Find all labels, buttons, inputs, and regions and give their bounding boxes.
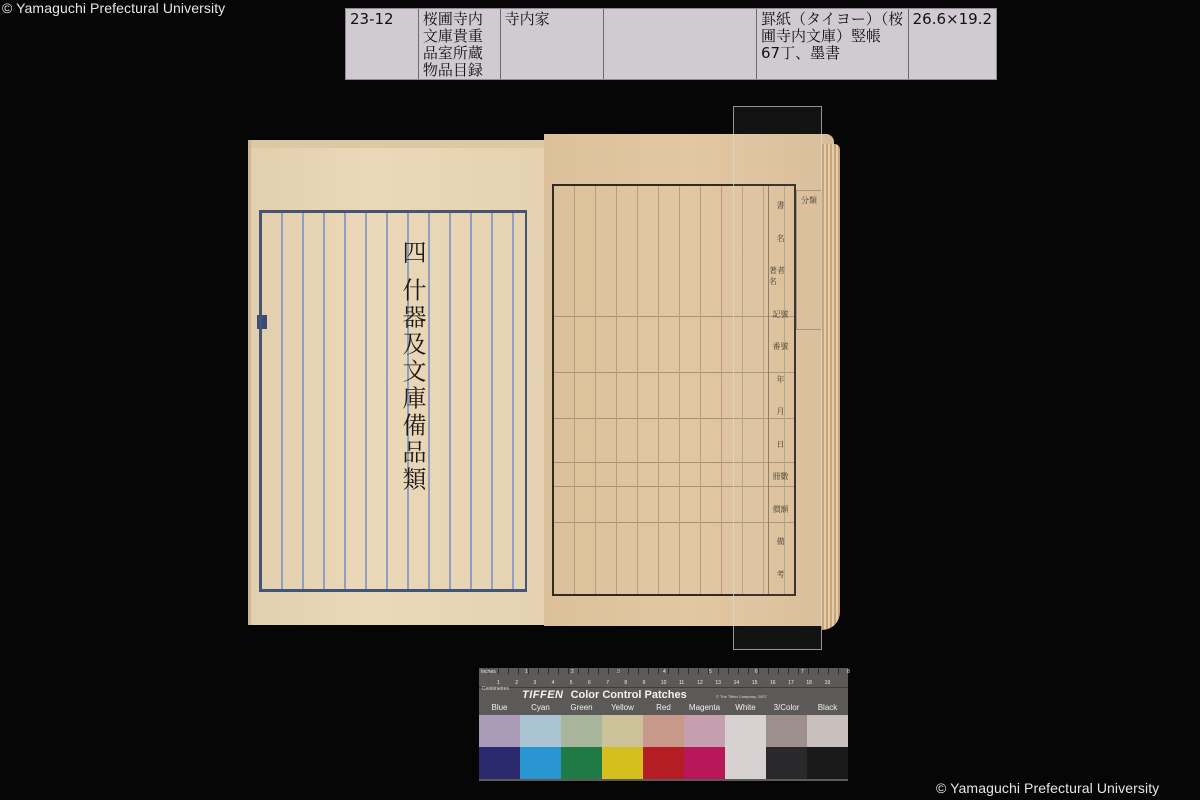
inch-tick: 5 bbox=[709, 669, 712, 675]
patch-dark bbox=[479, 747, 520, 779]
cm-tick: 12 bbox=[697, 680, 703, 686]
patch-light bbox=[520, 715, 561, 747]
patch-label-yellow: Yellow bbox=[602, 703, 643, 712]
patch-dark bbox=[520, 747, 561, 779]
cm-tick: 5 bbox=[570, 680, 573, 686]
patch-label-red: Red bbox=[643, 703, 684, 712]
inch-tick: 3 bbox=[617, 669, 620, 675]
catalog-title: 桜圃寺内 文庫貴重 品室所蔵 物品目録 bbox=[419, 9, 501, 79]
patch-yellow bbox=[602, 715, 643, 779]
color-control-card: Inches 123456781234567891011121314151617… bbox=[479, 668, 848, 781]
card-title: TIFFEN Color Control Patches bbox=[522, 689, 687, 701]
patch-dark bbox=[561, 747, 602, 779]
patch-3color bbox=[766, 715, 807, 779]
inch-tick: 1 bbox=[525, 669, 528, 675]
cm-tick: 7 bbox=[606, 680, 609, 686]
patch-label-3color: 3/Color bbox=[766, 703, 807, 712]
patch-dark bbox=[766, 747, 807, 779]
patch-label-blue: Blue bbox=[479, 703, 520, 712]
ruler: Inches 123456781234567891011121314151617… bbox=[479, 668, 848, 688]
catalog-blank bbox=[604, 9, 757, 79]
cm-tick: 15 bbox=[752, 680, 758, 686]
patch-label-cyan: Cyan bbox=[520, 703, 561, 712]
patch-light bbox=[725, 715, 766, 779]
catalog-dimensions: 26.6×19.2 bbox=[909, 9, 996, 79]
patch-blue bbox=[479, 715, 520, 779]
cm-tick: 2 bbox=[515, 680, 518, 686]
patch-label-green: Green bbox=[561, 703, 602, 712]
patch-dark bbox=[602, 747, 643, 779]
patch-light bbox=[684, 715, 725, 747]
cm-tick: 4 bbox=[552, 680, 555, 686]
patch-light bbox=[561, 715, 602, 747]
ruler-inches-label: Inches bbox=[481, 669, 496, 675]
inch-tick: 4 bbox=[663, 669, 666, 675]
patch-dark bbox=[643, 747, 684, 779]
patch-dark bbox=[807, 747, 848, 779]
card-title-text: Color Control Patches bbox=[571, 689, 687, 701]
color-patches bbox=[479, 715, 848, 779]
catalog-id: 23-12 bbox=[346, 9, 419, 79]
patch-black bbox=[807, 715, 848, 779]
patch-light bbox=[479, 715, 520, 747]
catalog-description: 罫紙（タイヨー）（桜 圃寺内文庫）竪帳 67丁、墨書 bbox=[757, 9, 909, 79]
card-copyright: © The Tiffen Company, 2007 bbox=[716, 694, 767, 699]
left-page: 四 什器及文庫備品類 bbox=[248, 140, 544, 625]
catalog-label: 23-12 桜圃寺内 文庫貴重 品室所蔵 物品目録 寺内家 罫紙（タイヨー）（桜… bbox=[345, 8, 997, 80]
patch-dark bbox=[684, 747, 725, 779]
copyright-top-left: © Yamaguchi Prefectural University bbox=[2, 0, 225, 16]
cm-tick: 11 bbox=[679, 680, 684, 686]
patch-red bbox=[643, 715, 684, 779]
inch-tick: 7 bbox=[801, 669, 804, 675]
cm-tick: 16 bbox=[770, 680, 776, 686]
patch-green bbox=[561, 715, 602, 779]
inch-tick: 2 bbox=[571, 669, 574, 675]
cm-tick: 17 bbox=[788, 680, 794, 686]
cm-tick: 19 bbox=[825, 680, 831, 686]
cm-tick: 9 bbox=[643, 680, 646, 686]
cm-tick: 6 bbox=[588, 680, 591, 686]
patch-label-magenta: Magenta bbox=[684, 703, 725, 712]
clear-weight-strip bbox=[733, 106, 822, 650]
patch-light bbox=[807, 715, 848, 747]
catalog-creator: 寺内家 bbox=[501, 9, 605, 79]
patch-light bbox=[766, 715, 807, 747]
cm-tick: 18 bbox=[806, 680, 812, 686]
inch-tick: 6 bbox=[755, 669, 758, 675]
cm-tick: 13 bbox=[715, 680, 721, 686]
page-edges bbox=[822, 144, 840, 630]
patch-cyan bbox=[520, 715, 561, 779]
patch-magenta bbox=[684, 715, 725, 779]
cm-tick: 3 bbox=[533, 680, 536, 686]
handwritten-title: 四 什器及文庫備品類 bbox=[397, 240, 427, 494]
patch-light bbox=[602, 715, 643, 747]
copyright-bottom-right: © Yamaguchi Prefectural University bbox=[936, 780, 1159, 796]
tiffen-logo: TIFFEN bbox=[522, 689, 564, 701]
patch-label-black: Black bbox=[807, 703, 848, 712]
patch-label-white: White bbox=[725, 703, 766, 712]
cm-tick: 10 bbox=[661, 680, 667, 686]
ruler-cm-label: Centimetres bbox=[482, 686, 509, 692]
patch-labels: Blue Cyan Green Yellow Red Magenta White… bbox=[479, 703, 848, 712]
ruled-frame bbox=[259, 210, 527, 592]
patch-white bbox=[725, 715, 766, 779]
cm-tick: 8 bbox=[624, 680, 627, 686]
patch-light bbox=[643, 715, 684, 747]
cm-tick: 14 bbox=[734, 680, 740, 686]
inch-tick: 8 bbox=[847, 669, 850, 675]
